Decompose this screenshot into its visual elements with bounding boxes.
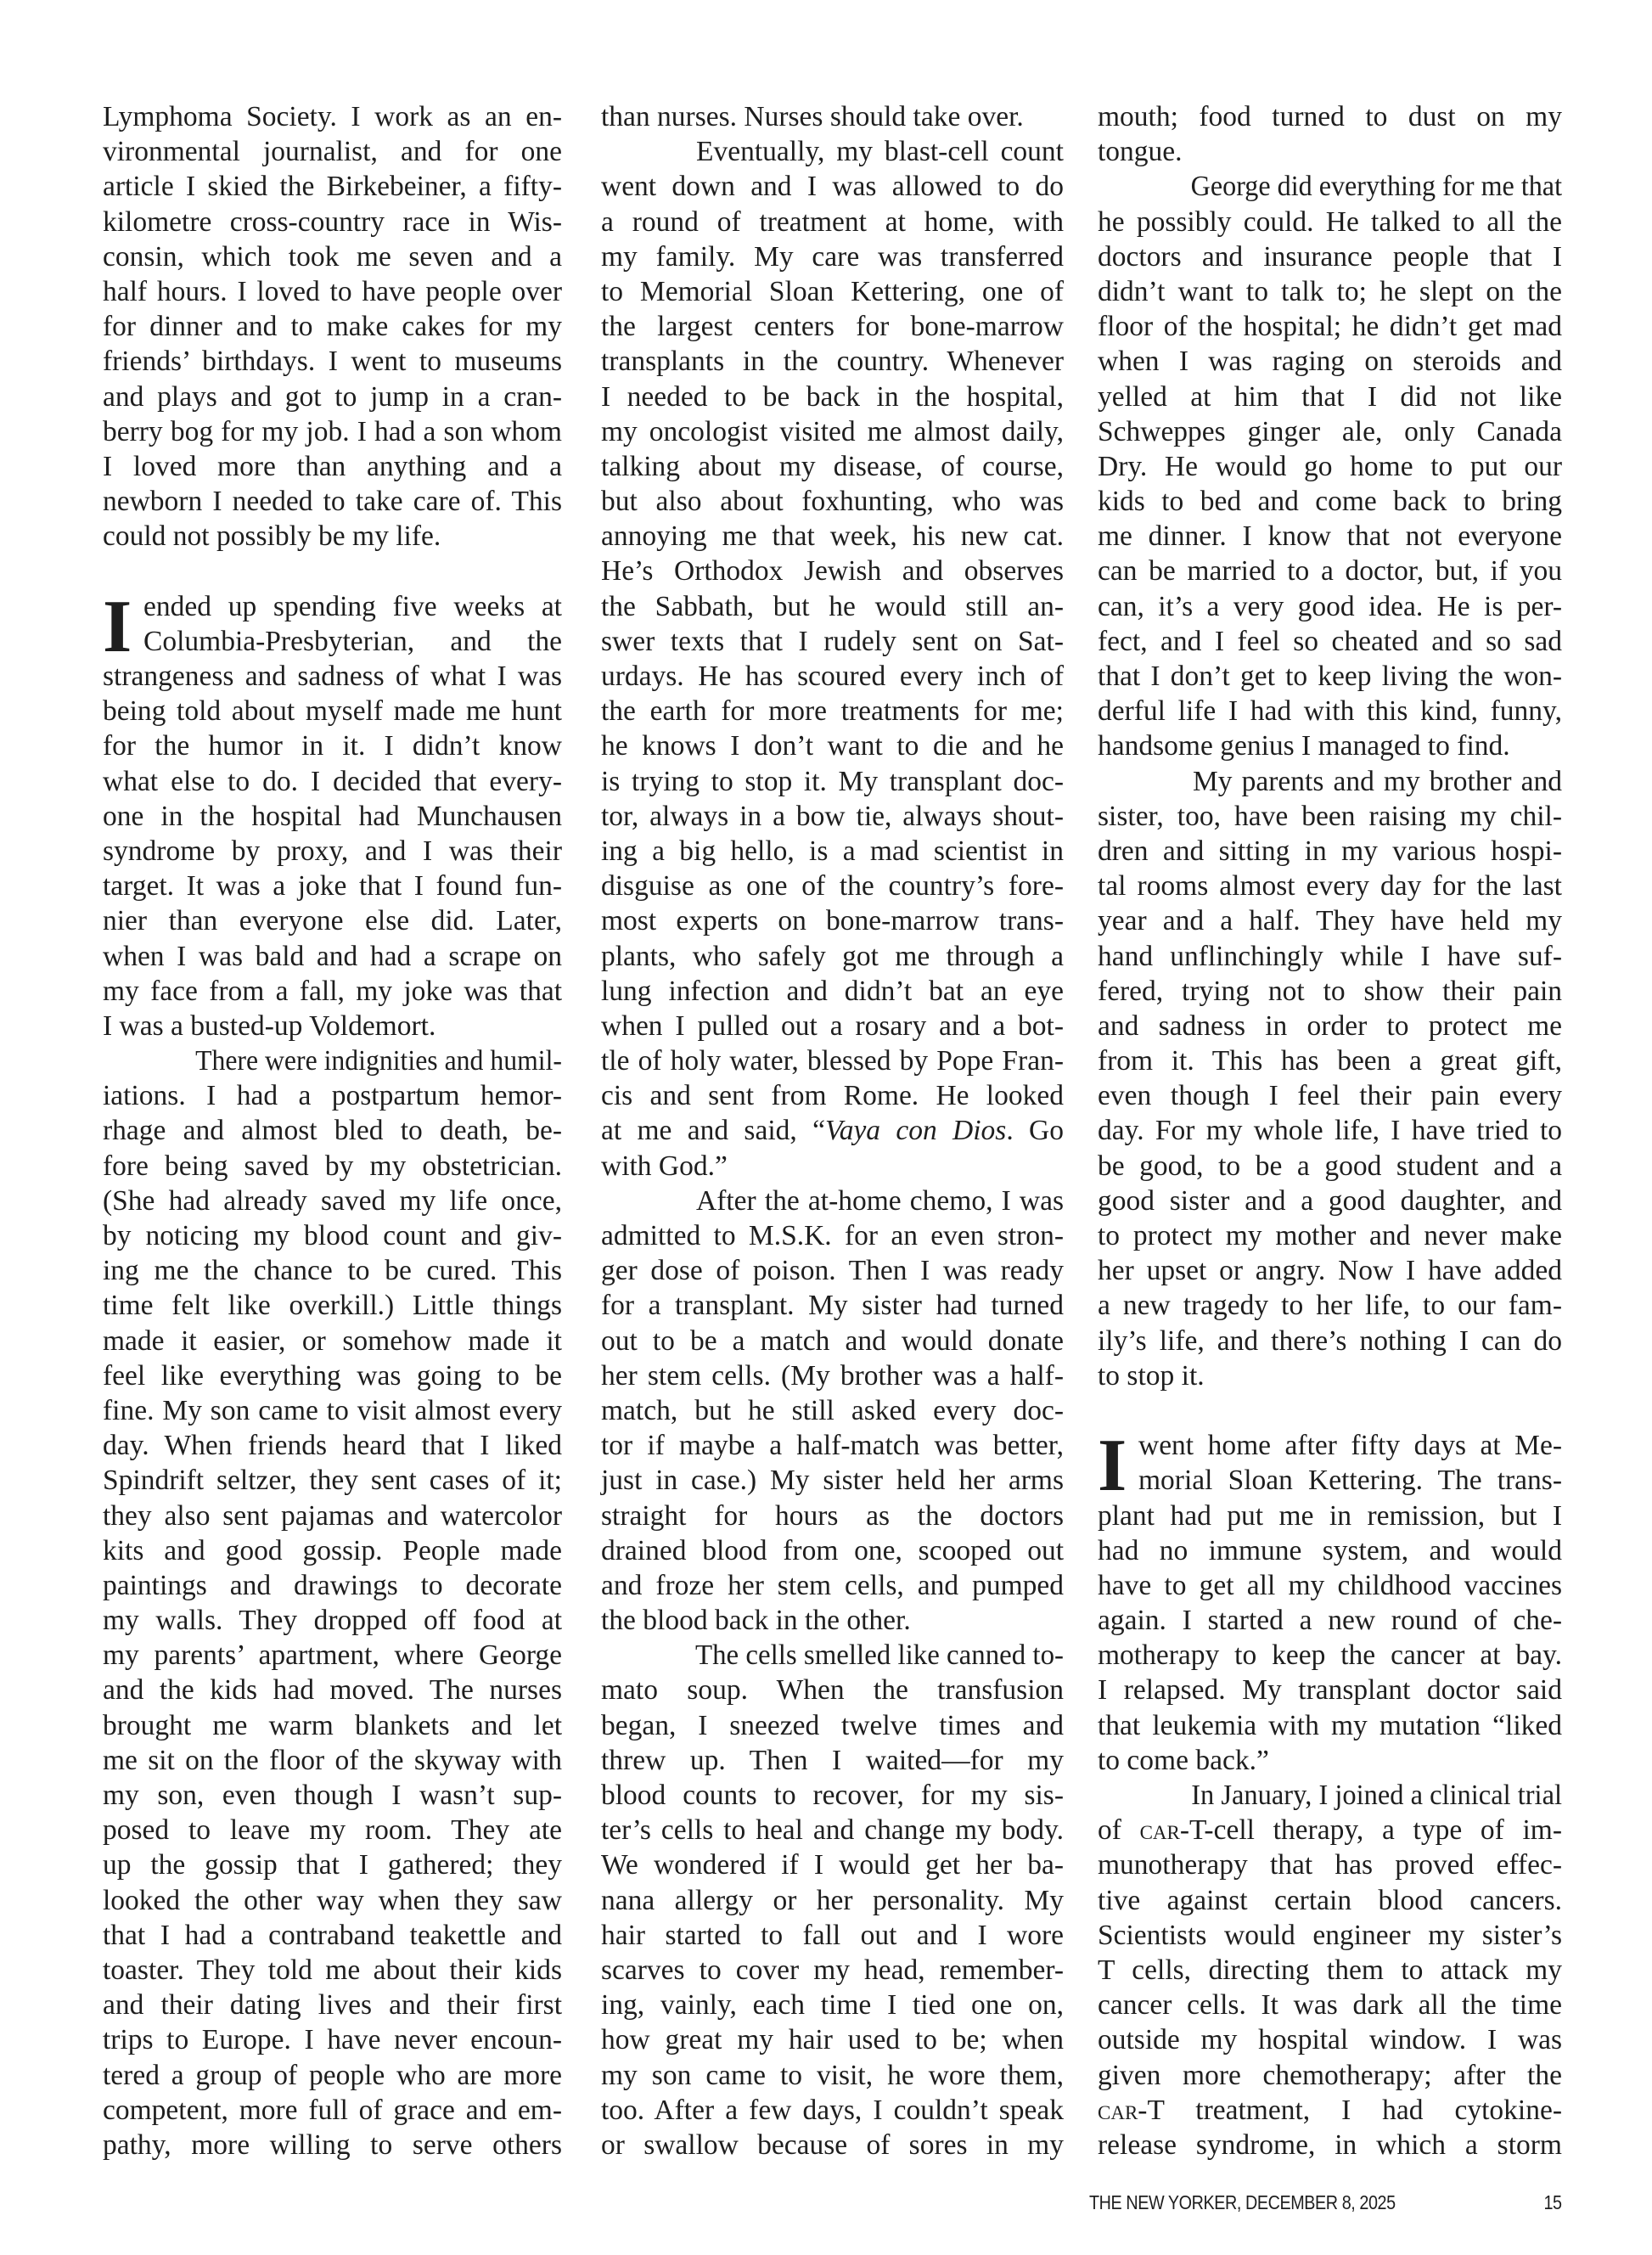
text-line: but also about foxhunting, who was (601, 484, 1064, 519)
line-text: how great my hair used to be; when (601, 2024, 1064, 2055)
text-line: newborn I needed to take care of. This (103, 484, 562, 519)
line-text: plants, who safely got me through a (601, 941, 1064, 972)
line-text: the Sabbath, but he would still an- (601, 591, 1064, 622)
text-line: plant had put me in remission, but I (1098, 1499, 1562, 1533)
line-text: at me and said, “ (601, 1115, 825, 1146)
line-text: T cells, directing them to attack my (1098, 1954, 1562, 1986)
text-line: of CAR-T-cell therapy, a type of im- (1098, 1813, 1562, 1847)
text-line: by noticing my blood count and giv- (103, 1218, 562, 1253)
text-line: he knows I don’t want to die and he (601, 728, 1064, 763)
text-line: that leukemia with my mutation “liked (1098, 1708, 1562, 1743)
line-text: began, I sneezed twelve times and (601, 1710, 1064, 1741)
line-text: mato soup. When the transfusion (601, 1674, 1064, 1706)
text-line: and the kids had moved. The nurses (103, 1673, 562, 1707)
text-line: swer texts that I rudely sent on Sat- (601, 624, 1064, 659)
line-text: syndrome by proxy, and I was their (103, 835, 562, 867)
line-text: being told about myself made me hunt (103, 695, 562, 727)
section-break (103, 554, 562, 588)
line-text: Lymphoma Society. I work as an en- (103, 101, 562, 132)
line-text: My parents and my brother and (1193, 766, 1562, 797)
line-text: Dry. He would go home to put our (1098, 451, 1562, 482)
line-text: hair started to fall out and I wore (601, 1920, 1064, 1951)
text-line: what else to do. I decided that every- (103, 764, 562, 799)
text-line: Eventually, my blast-cell count (601, 134, 1064, 169)
line-text: and their dating lives and their first (103, 1989, 562, 2021)
text-line: disguise as one of the country’s fore- (601, 869, 1064, 903)
text-line: sister, too, have been raising my chil- (1098, 799, 1562, 834)
text-line: could not possibly be my life. (103, 519, 562, 554)
text-line: cis and sent from Rome. He looked (601, 1078, 1064, 1113)
text-line: one in the hospital had Munchausen (103, 799, 562, 834)
line-text: hand unflinchingly while I have suf- (1098, 941, 1562, 972)
line-text: and sadness in order to protect me (1098, 1010, 1562, 1042)
text-line: her upset or angry. Now I have added (1098, 1253, 1562, 1288)
text-line: He’s Orthodox Jewish and observes (601, 554, 1064, 588)
line-text: newborn I needed to take care of. This (103, 486, 562, 517)
line-text: cancer cells. It was dark all the time (1098, 1989, 1562, 2021)
line-text: could not possibly be my life. (103, 520, 441, 552)
line-text: my walls. They dropped off food at (103, 1605, 562, 1636)
line-text: straight for hours as the doctors (601, 1500, 1064, 1532)
line-text: her stem cells. (My brother was a half- (601, 1360, 1064, 1392)
text-line: strangeness and sadness of what I was (103, 659, 562, 694)
text-line: Scientists would engineer my sister’s (1098, 1918, 1562, 1953)
text-line: day. When friends heard that I liked (103, 1428, 562, 1463)
text-line: with God.” (601, 1149, 1064, 1184)
text-line: for a transplant. My sister had turned (601, 1288, 1064, 1323)
line-text: time felt like overkill.) Little things (103, 1290, 562, 1321)
line-text: didn’t want to talk to; he slept on the (1098, 276, 1562, 307)
line-text: ing, vainly, each time I tied one on, (601, 1989, 1064, 2021)
text-line: release syndrome, in which a storm (1098, 2128, 1562, 2162)
text-line: tered a group of people who are more (103, 2058, 562, 2093)
line-text: that leukemia with my mutation “liked (1098, 1710, 1562, 1741)
line-text: made it easier, or somehow made it (103, 1325, 562, 1357)
text-line: straight for hours as the doctors (601, 1499, 1064, 1533)
text-line: began, I sneezed twelve times and (601, 1708, 1064, 1743)
text-line: ing, vainly, each time I tied one on, (601, 1988, 1064, 2022)
text-line: feel like everything was going to be (103, 1358, 562, 1393)
line-text: cis and sent from Rome. He looked (601, 1080, 1064, 1111)
text-line: when I was raging on steroids and (1098, 344, 1562, 379)
text-line: I loved more than anything and a (103, 449, 562, 484)
line-text-continued: -T treatment, I had cytokine- (1138, 2095, 1562, 2126)
text-line: me sit on the floor of the skyway with (103, 1743, 562, 1778)
text-line: to Memorial Sloan Kettering, one of (601, 274, 1064, 309)
line-text: mouth; food turned to dust on my (1098, 101, 1562, 132)
text-line: looked the other way when they saw (103, 1883, 562, 1918)
text-line: We wondered if I would get her ba- (601, 1847, 1064, 1882)
text-line: for dinner and to make cakes for my (103, 309, 562, 344)
text-line: tle of holy water, blessed by Pope Fran- (601, 1043, 1064, 1078)
text-line: morial Sloan Kettering. The trans- (1098, 1463, 1562, 1498)
text-line: than nurses. Nurses should take over. (601, 99, 1064, 134)
text-line: being told about myself made me hunt (103, 694, 562, 728)
text-line: year and a half. They have held my (1098, 903, 1562, 938)
text-line: tal rooms almost every day for the last (1098, 869, 1562, 903)
text-line: In January, I joined a clinical trial (1098, 1778, 1562, 1813)
text-line: scarves to cover my head, remember- (601, 1953, 1064, 1988)
line-text: one in the hospital had Munchausen (103, 801, 562, 832)
text-line: munotherapy that has proved effec- (1098, 1847, 1562, 1882)
section-break (1098, 1393, 1562, 1428)
line-text: floor of the hospital; he didn’t get mad (1098, 311, 1562, 342)
text-line: went down and I was allowed to do (601, 169, 1064, 204)
line-text: my oncologist visited me almost daily, (601, 416, 1064, 447)
line-text: munotherapy that has proved effec- (1098, 1849, 1562, 1881)
line-text: to protect my mother and never make (1098, 1220, 1562, 1251)
publication-dateline: THE NEW YORKER, DECEMBER 8, 2025 (1089, 2191, 1396, 2214)
line-text: tle of holy water, blessed by Pope Fran- (601, 1045, 1064, 1077)
line-text: ended up spending five weeks at (143, 591, 562, 622)
text-line: lung infection and didn’t bat an eye (601, 974, 1064, 1009)
text-line: annoying me that week, his new cat. (601, 519, 1064, 554)
text-column-1: Lymphoma Society. I work as an en-vironm… (103, 99, 562, 2162)
text-line: tor if maybe a half-match was better, (601, 1428, 1064, 1463)
line-text: handsome genius I managed to find. (1098, 730, 1510, 762)
line-text: my face from a fall, my joke was that (103, 976, 562, 1007)
text-line: Iended up spending five weeks at (103, 589, 562, 624)
line-text: kids to bed and come back to bring (1098, 486, 1562, 517)
drop-cap: I (1098, 1431, 1127, 1501)
line-text: kits and good gossip. People made (103, 1535, 562, 1566)
text-line: good sister and a good daughter, and (1098, 1184, 1562, 1218)
drop-cap: I (103, 593, 132, 662)
line-text: but also about foxhunting, who was (601, 486, 1064, 517)
text-line: that I don’t get to keep living the won- (1098, 659, 1562, 694)
line-text: In January, I joined a clinical trial (1191, 1780, 1562, 1811)
text-line: half hours. I loved to have people over (103, 274, 562, 309)
line-text: ger dose of poison. Then I was ready (601, 1255, 1064, 1286)
text-line: toaster. They told me about their kids (103, 1953, 562, 1988)
text-line: can, it’s a very good idea. He is per- (1098, 589, 1562, 624)
text-line: to stop it. (1098, 1358, 1562, 1393)
text-line: cancer cells. It was dark all the time (1098, 1988, 1562, 2022)
line-text: I was a busted-up Voldemort. (103, 1010, 435, 1042)
line-text: ily’s life, and there’s nothing I can do (1098, 1325, 1562, 1357)
text-line: at me and said, “Vaya con Dios. Go (601, 1113, 1064, 1148)
text-line: Lymphoma Society. I work as an en- (103, 99, 562, 134)
line-text-continued: . Go (1006, 1115, 1064, 1146)
line-text: to Memorial Sloan Kettering, one of (601, 276, 1064, 307)
line-text: iations. I had a postpartum hemor- (103, 1080, 562, 1111)
text-line: (She had already saved my life once, (103, 1184, 562, 1218)
text-line: just in case.) My sister held her arms (601, 1463, 1064, 1498)
text-line: ily’s life, and there’s nothing I can do (1098, 1324, 1562, 1358)
text-line: hand unflinchingly while I have suf- (1098, 939, 1562, 974)
text-line: T cells, directing them to attack my (1098, 1953, 1562, 1988)
line-text: We wondered if I would get her ba- (601, 1849, 1064, 1881)
text-line: yelled at him that I did not like (1098, 380, 1562, 414)
line-text: I needed to be back in the hospital, (601, 381, 1064, 413)
text-line: motherapy to keep the cancer at bay. (1098, 1638, 1562, 1673)
text-line: my son, even though I wasn’t sup- (103, 1778, 562, 1813)
line-text: admitted to M.S.K. for an even stron- (601, 1220, 1064, 1251)
text-line: or swallow because of sores in my (601, 2128, 1064, 2162)
text-line: paintings and drawings to decorate (103, 1568, 562, 1603)
magazine-page: Lymphoma Society. I work as an en-vironm… (0, 0, 1652, 2255)
text-line: derful life I had with this kind, funny, (1098, 694, 1562, 728)
text-line: transplants in the country. Whenever (601, 344, 1064, 379)
text-line: even though I feel their pain every (1098, 1078, 1562, 1113)
text-line: Iwent home after fifty days at Me- (1098, 1428, 1562, 1463)
line-text: ing me the chance to be cured. This (103, 1255, 562, 1286)
line-text: release syndrome, in which a storm (1098, 2129, 1562, 2161)
line-text: disguise as one of the country’s fore- (601, 870, 1064, 902)
line-text: to come back.” (1098, 1745, 1269, 1776)
text-line: be good, to be a good student and a (1098, 1149, 1562, 1184)
text-line: nier than everyone else did. Later, (103, 903, 562, 938)
line-text: when I pulled out a rosary and a bot- (601, 1010, 1064, 1042)
text-line: outside my hospital window. I was (1098, 2022, 1562, 2057)
text-line: ing me the chance to be cured. This (103, 1253, 562, 1288)
line-text: yelled at him that I did not like (1098, 381, 1562, 413)
line-text: what else to do. I decided that every- (103, 766, 562, 797)
text-line: the Sabbath, but he would still an- (601, 589, 1064, 624)
line-text: good sister and a good daughter, and (1098, 1185, 1562, 1217)
line-text: he possibly could. He talked to all the (1098, 206, 1562, 238)
text-line: fect, and I feel so cheated and so sad (1098, 624, 1562, 659)
text-line: The cells smelled like canned to- (601, 1638, 1064, 1673)
text-line: talking about my disease, of course, (601, 449, 1064, 484)
line-text: too. After a few days, I couldn’t speak (601, 2095, 1064, 2126)
text-line: iations. I had a postpartum hemor- (103, 1078, 562, 1113)
text-line: too. After a few days, I couldn’t speak (601, 2093, 1064, 2128)
text-line: fore being saved by my obstetrician. (103, 1149, 562, 1184)
line-text: ing a big hello, is a mad scientist in (601, 835, 1064, 867)
text-line: made it easier, or somehow made it (103, 1324, 562, 1358)
line-text: Spindrift seltzer, they sent cases of it… (103, 1465, 562, 1496)
text-line: There were indignities and humil- (103, 1043, 562, 1078)
line-text: just in case.) My sister held her arms (601, 1465, 1064, 1496)
line-text: posed to leave my room. They ate (103, 1814, 562, 1846)
text-line: most experts on bone-marrow trans- (601, 903, 1064, 938)
line-text: dren and sitting in my various hospi- (1098, 835, 1562, 867)
line-text: annoying me that week, his new cat. (601, 520, 1064, 552)
line-text: drained blood from one, scooped out (601, 1535, 1064, 1566)
line-text: and plays and got to jump in a cran- (103, 381, 562, 413)
line-text: nier than everyone else did. Later, (103, 905, 562, 936)
text-line: handsome genius I managed to find. (1098, 728, 1562, 763)
line-text: match, but he still asked every doc- (601, 1395, 1064, 1426)
italic-phrase: Vaya con Dios (825, 1115, 1006, 1146)
line-text: tongue. (1098, 136, 1183, 167)
line-text: tive against certain blood cancers. (1098, 1885, 1562, 1916)
line-text: urdays. He has scoured every inch of (601, 661, 1064, 692)
line-text: talking about my disease, of course, (601, 451, 1064, 482)
text-column-2: than nurses. Nurses should take over.Eve… (601, 99, 1064, 2162)
line-text: day. For my whole life, I have tried to (1098, 1115, 1562, 1146)
text-line: up the gossip that I gathered; they (103, 1847, 562, 1882)
text-line: Schweppes ginger ale, only Canada (1098, 414, 1562, 449)
line-text: my parents’ apartment, where George (103, 1639, 562, 1671)
text-line: the largest centers for bone-marrow (601, 309, 1064, 344)
text-line: kits and good gossip. People made (103, 1533, 562, 1568)
line-text: Columbia-Presbyterian, and the (143, 626, 562, 657)
line-text: fered, trying not to show their pain (1098, 976, 1562, 1007)
line-text: when I was raging on steroids and (1098, 346, 1562, 377)
text-line: ger dose of poison. Then I was ready (601, 1253, 1064, 1288)
text-line: for the humor in it. I didn’t know (103, 728, 562, 763)
text-line: urdays. He has scoured every inch of (601, 659, 1064, 694)
text-line: he possibly could. He talked to all the (1098, 205, 1562, 239)
text-line: they also sent pajamas and watercolor (103, 1499, 562, 1533)
line-text: went home after fifty days at Me- (1138, 1430, 1562, 1461)
text-line: brought me warm blankets and let (103, 1708, 562, 1743)
text-line: my family. My care was transferred (601, 239, 1064, 274)
text-line: when I was bald and had a scrape on (103, 939, 562, 974)
line-text: my son, even though I wasn’t sup- (103, 1780, 562, 1811)
text-line: doctors and insurance people that I (1098, 239, 1562, 274)
text-line: posed to leave my room. They ate (103, 1813, 562, 1847)
text-line: blood counts to recover, for my sis- (601, 1778, 1064, 1813)
line-text: a new tragedy to her life, to our fam- (1098, 1290, 1562, 1321)
text-line: match, but he still asked every doc- (601, 1393, 1064, 1428)
line-text: nana allergy or her personality. My (601, 1885, 1064, 1916)
line-text: I loved more than anything and a (103, 451, 562, 482)
line-text: I relapsed. My transplant doctor said (1098, 1674, 1562, 1706)
line-text: toaster. They told me about their kids (103, 1954, 562, 1986)
line-text: by noticing my blood count and giv- (103, 1220, 562, 1251)
text-line: tongue. (1098, 134, 1562, 169)
line-text: Eventually, my blast-cell count (696, 136, 1064, 167)
text-line: competent, more full of grace and em- (103, 2093, 562, 2128)
text-line: tor, always in a bow tie, always shout- (601, 799, 1064, 834)
line-text: than nurses. Nurses should take over. (601, 101, 1024, 132)
line-text: He’s Orthodox Jewish and observes (601, 555, 1064, 587)
line-text: tered a group of people who are more (103, 2060, 562, 2091)
text-line: I relapsed. My transplant doctor said (1098, 1673, 1562, 1707)
text-line: didn’t want to talk to; he slept on the (1098, 274, 1562, 309)
line-text: they also sent pajamas and watercolor (103, 1500, 562, 1532)
line-text: and froze her stem cells, and pumped (601, 1570, 1064, 1601)
text-line: dren and sitting in my various hospi- (1098, 834, 1562, 869)
text-line: can be married to a doctor, but, if you (1098, 554, 1562, 588)
text-line: berry bog for my job. I had a son whom (103, 414, 562, 449)
line-text: scarves to cover my head, remember- (601, 1954, 1064, 1986)
text-line: floor of the hospital; he didn’t get mad (1098, 309, 1562, 344)
text-line: had no immune system, and would (1098, 1533, 1562, 1568)
text-line: and sadness in order to protect me (1098, 1009, 1562, 1043)
page-number: 15 (1544, 2191, 1562, 2214)
text-line: plants, who safely got me through a (601, 939, 1064, 974)
line-text: for dinner and to make cakes for my (103, 311, 562, 342)
text-line: from it. This has been a great gift, (1098, 1043, 1562, 1078)
line-text: have to get all my childhood vaccines (1098, 1570, 1562, 1601)
text-line: time felt like overkill.) Little things (103, 1288, 562, 1323)
text-line: fered, trying not to show their pain (1098, 974, 1562, 1009)
line-text: when I was bald and had a scrape on (103, 941, 562, 972)
text-line: George did everything for me that (1098, 169, 1562, 204)
line-text: the blood back in the other. (601, 1605, 911, 1636)
line-text: trips to Europe. I have never encoun- (103, 2024, 562, 2055)
text-line: have to get all my childhood vaccines (1098, 1568, 1562, 1603)
text-line: My parents and my brother and (1098, 764, 1562, 799)
line-text: tal rooms almost every day for the last (1098, 870, 1562, 902)
text-line: Columbia-Presbyterian, and the (103, 624, 562, 659)
text-line: I needed to be back in the hospital, (601, 380, 1064, 414)
line-text: year and a half. They have held my (1098, 905, 1562, 936)
text-line: After the at-home chemo, I was (601, 1184, 1064, 1218)
text-line: drained blood from one, scooped out (601, 1533, 1064, 1568)
text-line: given more chemotherapy; after the (1098, 2058, 1562, 2093)
line-text: fore being saved by my obstetrician. (103, 1150, 562, 1182)
text-line: me dinner. I know that not everyone (1098, 519, 1562, 554)
line-text: out to be a match and would donate (601, 1325, 1064, 1357)
text-line: my son came to visit, he wore them, (601, 2058, 1064, 2093)
line-text: that I don’t get to keep living the won- (1098, 661, 1562, 692)
text-line: that I had a contraband teakettle and (103, 1918, 562, 1953)
line-text: day. When friends heard that I liked (103, 1430, 562, 1461)
text-line: and plays and got to jump in a cran- (103, 380, 562, 414)
small-caps-acronym: CAR (1140, 1814, 1180, 1846)
text-line: target. It was a joke that I found fun- (103, 869, 562, 903)
line-text: There were indignities and humil- (195, 1045, 562, 1077)
text-line: to come back.” (1098, 1743, 1562, 1778)
text-line: ing a big hello, is a mad scientist in (601, 834, 1064, 869)
line-text: be good, to be a good student and a (1098, 1150, 1562, 1182)
line-text: of (1098, 1814, 1140, 1846)
line-text: transplants in the country. Whenever (601, 346, 1064, 377)
text-line: the earth for more treatments for me; (601, 694, 1064, 728)
line-text: for the humor in it. I didn’t know (103, 730, 562, 762)
text-line: admitted to M.S.K. for an even stron- (601, 1218, 1064, 1253)
line-text: paintings and drawings to decorate (103, 1570, 562, 1601)
line-text: swer texts that I rudely sent on Sat- (601, 626, 1064, 657)
line-text: fine. My son came to visit almost every (103, 1395, 562, 1426)
line-text: fect, and I feel so cheated and so sad (1098, 626, 1562, 657)
text-line: fine. My son came to visit almost every (103, 1393, 562, 1428)
line-text: motherapy to keep the cancer at bay. (1098, 1639, 1562, 1671)
text-line: tive against certain blood cancers. (1098, 1883, 1562, 1918)
text-line: hair started to fall out and I wore (601, 1918, 1064, 1953)
line-text: rhage and almost bled to death, be- (103, 1115, 562, 1146)
text-line: mato soup. When the transfusion (601, 1673, 1064, 1707)
line-text: pathy, more willing to serve others (103, 2129, 562, 2161)
text-line: vironmental journalist, and for one (103, 134, 562, 169)
text-line: my parents’ apartment, where George (103, 1638, 562, 1673)
page-footer: THE NEW YORKER, DECEMBER 8, 2025 15 (1089, 2191, 1562, 2217)
line-text: had no immune system, and would (1098, 1535, 1562, 1566)
line-text: is trying to stop it. My transplant doc- (601, 766, 1064, 797)
line-text: article I skied the Birkebeiner, a fifty… (103, 171, 562, 202)
line-text: tor, always in a bow tie, always shout- (601, 801, 1064, 832)
text-line: how great my hair used to be; when (601, 2022, 1064, 2057)
line-text: given more chemotherapy; after the (1098, 2060, 1562, 2091)
line-text: target. It was a joke that I found fun- (103, 870, 562, 902)
line-text: can, it’s a very good idea. He is per- (1098, 591, 1562, 622)
line-text: strangeness and sadness of what I was (103, 661, 562, 692)
text-line: a round of treatment at home, with (601, 205, 1064, 239)
line-text: with God.” (601, 1150, 728, 1182)
line-text: me dinner. I know that not everyone (1098, 520, 1562, 552)
line-text: kilometre cross-country race in Wis- (103, 206, 562, 238)
text-line: article I skied the Birkebeiner, a fifty… (103, 169, 562, 204)
line-text: me sit on the floor of the skyway with (103, 1745, 562, 1776)
line-text: feel like everything was going to be (103, 1360, 562, 1392)
line-text: George did everything for me that (1191, 171, 1562, 202)
line-text: morial Sloan Kettering. The trans- (1138, 1465, 1562, 1496)
line-text: After the at-home chemo, I was (696, 1185, 1064, 1217)
text-line: when I pulled out a rosary and a bot- (601, 1009, 1064, 1043)
text-line: CAR-T treatment, I had cytokine- (1098, 2093, 1562, 2128)
line-text: most experts on bone-marrow trans- (601, 905, 1064, 936)
line-text: Schweppes ginger ale, only Canada (1098, 416, 1562, 447)
line-text: competent, more full of grace and em- (103, 2095, 562, 2126)
line-text: blood counts to recover, for my sis- (601, 1780, 1064, 1811)
text-line: is trying to stop it. My transplant doc- (601, 764, 1064, 799)
text-line: again. I started a new round of che- (1098, 1603, 1562, 1638)
